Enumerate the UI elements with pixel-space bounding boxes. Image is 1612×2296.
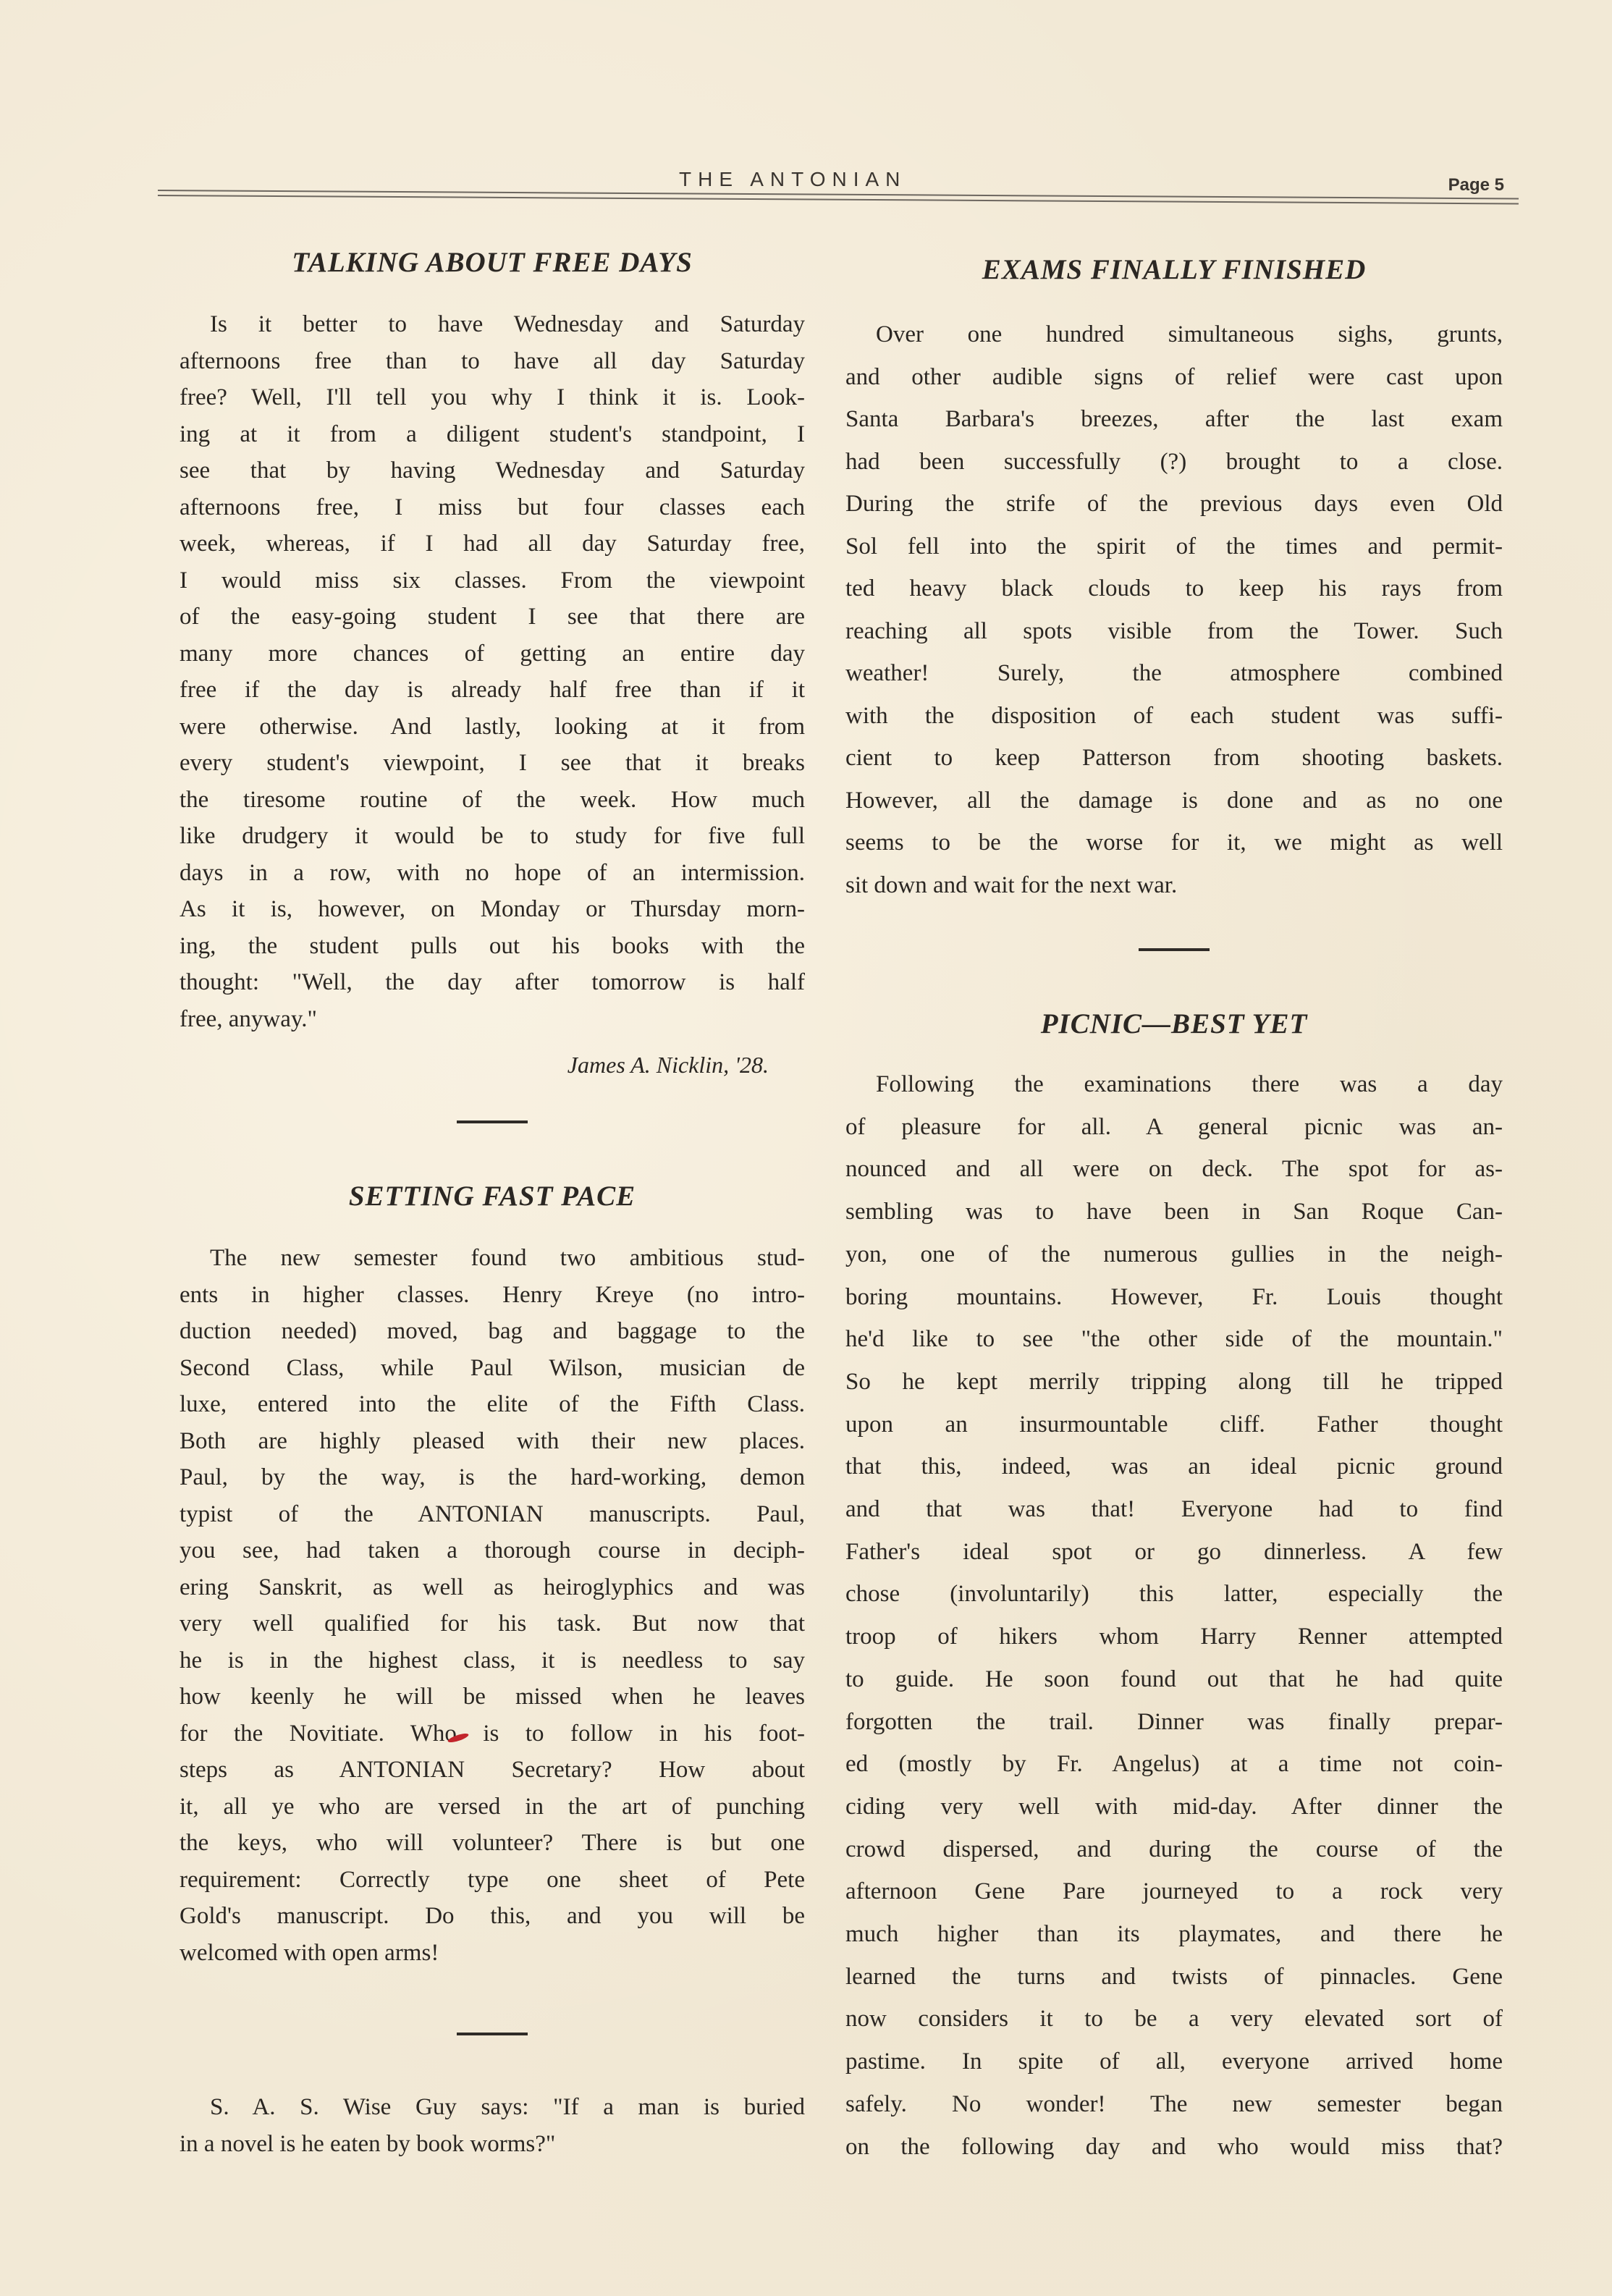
text-line: cient to keep Patterson from shooting ba… xyxy=(845,737,1503,780)
text-line: very well qualified for his task. But no… xyxy=(180,1605,805,1642)
text-line: seems to be the worse for it, we might a… xyxy=(845,822,1503,864)
text-line: and other audible signs of relief were c… xyxy=(845,356,1503,399)
text-line: weather! Surely, the atmosphere combined xyxy=(845,652,1503,695)
headline-exams: EXAMS FINALLY FINISHED xyxy=(845,253,1503,286)
text-line: for the Novitiate. Who is to follow in h… xyxy=(180,1715,805,1752)
text-line: However, all the damage is done and as n… xyxy=(845,780,1503,822)
article-wise-guy: S. A. S. Wise Guy says: "If a man is bur… xyxy=(180,2089,805,2162)
text-line: afternoon Gene Pare journeyed to a rock … xyxy=(845,1870,1503,1913)
text-line: troop of hikers whom Harry Renner attemp… xyxy=(845,1616,1503,1658)
article-body-wise-guy: S. A. S. Wise Guy says: "If a man is bur… xyxy=(180,2089,805,2162)
text-line: he is in the highest class, it is needle… xyxy=(180,1642,805,1679)
text-line: every student's viewpoint, I see that it… xyxy=(180,745,805,782)
text-line: I would miss six classes. From the viewp… xyxy=(180,562,805,599)
text-line: safely. No wonder! The new semester bega… xyxy=(845,2083,1503,2126)
text-line: Santa Barbara's breezes, after the last … xyxy=(845,398,1503,441)
masthead-rule xyxy=(158,190,1519,204)
text-line: yon, one of the numerous gullies in the … xyxy=(845,1233,1503,1276)
article-fast-pace: SETTING FAST PACE The new semester found… xyxy=(180,1180,805,1971)
text-line: now considers it to be a very elevated s… xyxy=(845,1998,1503,2040)
byline: James A. Nicklin, '28. xyxy=(180,1052,805,1079)
text-line: Following the examinations there was a d… xyxy=(845,1063,1503,1106)
text-line: welcomed with open arms! xyxy=(180,1935,805,1972)
text-line: Second Class, while Paul Wilson, musicia… xyxy=(180,1350,805,1387)
text-line: the keys, who will volunteer? There is b… xyxy=(180,1825,805,1862)
text-line: Gold's manuscript. Do this, and you will… xyxy=(180,1898,805,1935)
section-divider xyxy=(845,948,1503,951)
text-line: S. A. S. Wise Guy says: "If a man is bur… xyxy=(180,2089,805,2126)
text-line: ering Sanskrit, as well as heiroglyphics… xyxy=(180,1569,805,1606)
text-line: requirement: Correctly type one sheet of… xyxy=(180,1862,805,1899)
divider-rule xyxy=(457,1120,528,1123)
text-line: like drudgery it would be to study for f… xyxy=(180,818,805,855)
text-line: week, whereas, if I had all day Saturday… xyxy=(180,526,805,562)
article-body-exams: Over one hundred simultaneous sighs, gru… xyxy=(845,313,1503,906)
text-line: with the disposition of each student was… xyxy=(845,695,1503,738)
text-line: the tiresome routine of the week. How mu… xyxy=(180,782,805,819)
text-line: boring mountains. However, Fr. Louis tho… xyxy=(845,1276,1503,1319)
article-picnic: PICNIC—BEST YET Following the examinatio… xyxy=(845,1008,1503,2168)
text-line: free? Well, I'll tell you why I think it… xyxy=(180,379,805,416)
text-line: and that was that! Everyone had to find xyxy=(845,1488,1503,1531)
text-line: ents in higher classes. Henry Kreye (no … xyxy=(180,1277,805,1314)
text-line: learned the turns and twists of pinnacle… xyxy=(845,1956,1503,1999)
article-free-days: TALKING ABOUT FREE DAYS Is it better to … xyxy=(180,246,805,1079)
text-line: ted heavy black clouds to keep his rays … xyxy=(845,567,1503,610)
text-line: During the strife of the previous days e… xyxy=(845,483,1503,526)
text-line: Sol fell into the spirit of the times an… xyxy=(845,526,1503,568)
publication-title: THE ANTONIAN xyxy=(679,168,906,191)
text-line: Both are highly pleased with their new p… xyxy=(180,1423,805,1460)
text-line: nounced and all were on deck. The spot f… xyxy=(845,1148,1503,1191)
text-line: many more chances of getting an entire d… xyxy=(180,636,805,672)
text-line: ing, the student pulls out his books wit… xyxy=(180,928,805,965)
text-line: crowd dispersed, and during the course o… xyxy=(845,1828,1503,1871)
text-line: sit down and wait for the next war. xyxy=(845,864,1503,907)
text-line: upon an insurmountable cliff. Father tho… xyxy=(845,1404,1503,1446)
divider-rule xyxy=(457,2033,528,2035)
text-line: Paul, by the way, is the hard-working, d… xyxy=(180,1459,805,1496)
text-line: in a novel is he eaten by book worms?" xyxy=(180,2126,805,2163)
section-divider xyxy=(180,2033,805,2035)
text-line: days in a row, with no hope of an interm… xyxy=(180,855,805,892)
masthead: THE ANTONIAN Page 5 xyxy=(158,168,1519,211)
text-line: Over one hundred simultaneous sighs, gru… xyxy=(845,313,1503,356)
section-divider xyxy=(180,1120,805,1123)
text-line: much higher than its playmates, and ther… xyxy=(845,1913,1503,1956)
text-line: thought: "Well, the day after tomorrow i… xyxy=(180,964,805,1001)
text-line: it, all ye who are versed in the art of … xyxy=(180,1789,805,1826)
text-line: reaching all spots visible from the Towe… xyxy=(845,610,1503,653)
article-body-picnic: Following the examinations there was a d… xyxy=(845,1063,1503,2168)
headline-free-days: TALKING ABOUT FREE DAYS xyxy=(180,246,805,279)
text-line: of the easy-going student I see that the… xyxy=(180,599,805,636)
text-line: he'd like to see "the other side of the … xyxy=(845,1318,1503,1361)
text-line: luxe, entered into the elite of the Fift… xyxy=(180,1386,805,1423)
text-line: had been successfully (?) brought to a c… xyxy=(845,441,1503,484)
text-line: were otherwise. And lastly, looking at i… xyxy=(180,709,805,746)
text-line: ing at it from a diligent student's stan… xyxy=(180,416,805,453)
text-line: ed (mostly by Fr. Angelus) at a time not… xyxy=(845,1743,1503,1786)
text-line: on the following day and who would miss … xyxy=(845,2126,1503,2169)
headline-picnic: PICNIC—BEST YET xyxy=(845,1008,1503,1040)
newspaper-page: THE ANTONIAN Page 5 TALKING ABOUT FREE D… xyxy=(0,0,1612,2296)
text-line: afternoons free, I miss but four classes… xyxy=(180,489,805,526)
text-line: Father's ideal spot or go dinnerless. A … xyxy=(845,1531,1503,1574)
text-line: sembling was to have been in San Roque C… xyxy=(845,1191,1503,1233)
text-line: how keenly he will be missed when he lea… xyxy=(180,1679,805,1715)
text-line: duction needed) moved, bag and baggage t… xyxy=(180,1313,805,1350)
text-line: As it is, however, on Monday or Thursday… xyxy=(180,891,805,928)
text-line: typist of the ANTONIAN manuscripts. Paul… xyxy=(180,1496,805,1533)
article-body-fast-pace: The new semester found two ambitious stu… xyxy=(180,1240,805,1971)
text-line: chose (involuntarily) this latter, espec… xyxy=(845,1573,1503,1616)
headline-fast-pace: SETTING FAST PACE xyxy=(180,1180,805,1212)
article-body-free-days: Is it better to have Wednesday and Satur… xyxy=(180,306,805,1037)
text-line: pastime. In spite of all, everyone arriv… xyxy=(845,2040,1503,2083)
article-exams: EXAMS FINALLY FINISHED Over one hundred … xyxy=(845,253,1503,906)
text-line: that this, indeed, was an ideal picnic g… xyxy=(845,1445,1503,1488)
text-line: free, anyway." xyxy=(180,1001,805,1038)
text-line: to guide. He soon found out that he had … xyxy=(845,1658,1503,1701)
text-line: free if the day is already half free tha… xyxy=(180,672,805,709)
page-number: Page 5 xyxy=(1448,175,1504,195)
text-line: see that by having Wednesday and Saturda… xyxy=(180,452,805,489)
text-line: steps as ANTONIAN Secretary? How about xyxy=(180,1752,805,1789)
text-line: you see, had taken a thorough course in … xyxy=(180,1532,805,1569)
text-line: forgotten the trail. Dinner was finally … xyxy=(845,1701,1503,1744)
text-line: The new semester found two ambitious stu… xyxy=(180,1240,805,1277)
text-line: So he kept merrily tripping along till h… xyxy=(845,1361,1503,1404)
text-line: of pleasure for all. A general picnic wa… xyxy=(845,1106,1503,1149)
text-line: ciding very well with mid-day. After din… xyxy=(845,1786,1503,1828)
text-line: Is it better to have Wednesday and Satur… xyxy=(180,306,805,343)
divider-rule xyxy=(1139,948,1210,951)
text-line: afternoons free than to have all day Sat… xyxy=(180,343,805,380)
